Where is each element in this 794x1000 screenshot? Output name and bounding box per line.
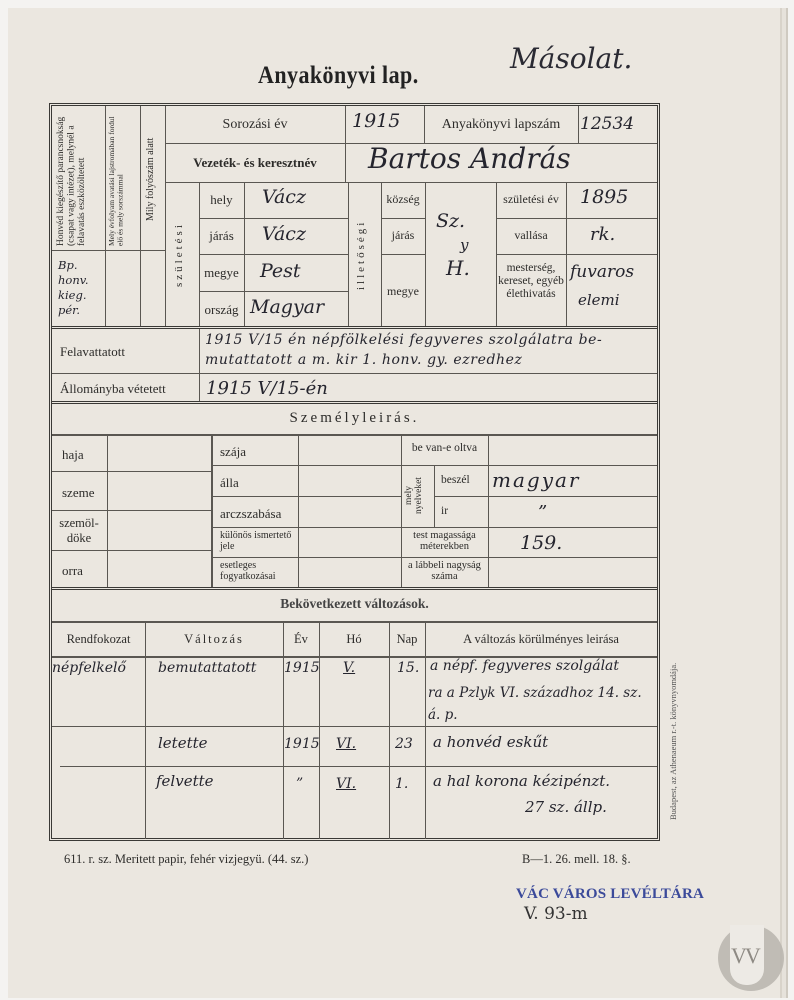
command-value: Bp. honv. kieg. pér.	[58, 258, 102, 318]
divider	[52, 373, 657, 374]
residence-town-label: község	[381, 192, 425, 207]
divider	[381, 218, 425, 219]
row-description-1: a hal korona kézipénzt.	[433, 772, 610, 790]
description-header: Személyleirás.	[52, 410, 657, 427]
divider	[578, 106, 579, 143]
education-value: elemi	[578, 291, 620, 309]
divider	[52, 326, 657, 329]
divider	[425, 182, 426, 327]
col-month: Hó	[319, 632, 389, 647]
row-year: 1915	[284, 660, 320, 676]
occupation-value: fuvaros	[570, 262, 634, 282]
divider	[165, 182, 657, 183]
full-name-value: Bartos András	[368, 142, 571, 175]
divider	[211, 434, 213, 587]
divider	[211, 465, 401, 466]
row-year: ”	[296, 776, 303, 792]
divider	[211, 496, 401, 497]
residence-district-label: járás	[381, 228, 425, 243]
birth-place-label: hely	[199, 192, 244, 208]
row-month: VI.	[336, 736, 356, 752]
row-year: 1915	[284, 736, 320, 752]
form-reference: B—1. 26. mell. 18. §.	[522, 852, 631, 867]
occupation-label: mesterség, kereset, egyéb élethivatás	[498, 262, 564, 301]
divider	[211, 527, 401, 528]
languages-label: mely nyelveket	[404, 467, 432, 525]
vaccinated-label: be van-e oltva	[401, 442, 488, 454]
eyebrows-label: szemöl-döke	[56, 516, 102, 546]
residence-value-2: y	[460, 236, 468, 254]
divider	[52, 401, 657, 404]
changes-header: Bekövetkezett változások.	[52, 596, 657, 612]
divider	[425, 621, 426, 839]
archive-seal-logo: VV	[718, 925, 784, 991]
divider	[211, 557, 401, 558]
divider	[60, 766, 657, 767]
birth-county-label: megye	[199, 265, 244, 281]
row-month: VI.	[336, 776, 356, 792]
distinguishing-marks-label: különös ismertető jele	[220, 530, 298, 552]
divider	[401, 527, 657, 528]
chin-label: álla	[220, 475, 239, 491]
residence-county-label: megye	[381, 284, 425, 299]
enlisted-value: 1915 V/15-én	[206, 378, 328, 399]
header-col-serial: Mily folyószám alatt	[144, 112, 162, 246]
birth-year-label: születési év	[496, 192, 566, 207]
divider	[389, 621, 390, 839]
seal-monogram: VV	[731, 943, 759, 969]
divider	[199, 254, 348, 255]
divider	[105, 106, 106, 327]
col-description: A változás körülményes leirása	[425, 632, 657, 647]
defects-label: esetleges fogyatkozásai	[220, 560, 300, 582]
height-label: test magassága méterekben	[401, 530, 488, 552]
writes-value: ”	[538, 502, 547, 523]
enlisted-label: Állományba vétetett	[60, 381, 166, 397]
shoe-size-label: a lábbeli nagyság száma	[401, 560, 488, 582]
divider	[52, 587, 657, 590]
divider	[52, 550, 211, 551]
col-year: Év	[283, 632, 319, 647]
row-change: felvette	[156, 772, 214, 790]
register-number-value: 12534	[580, 114, 634, 134]
row-month: V.	[343, 660, 355, 676]
header-col-command: Honvéd kiegészítő parancsnokság (csapat …	[56, 112, 102, 246]
form-number-note: 611. r. sz. Meritett papir, fehér vizjeg…	[64, 852, 308, 867]
writes-label: ir	[441, 505, 448, 517]
height-value: 159.	[520, 532, 562, 554]
divider	[496, 254, 657, 255]
divider	[52, 621, 657, 623]
printer-imprint: Budapest, az Athenaeum r.-t. könyvnyomdá…	[668, 620, 680, 820]
divider	[199, 291, 348, 292]
divider	[199, 218, 348, 219]
divider	[52, 250, 165, 251]
residence-value-1: Sz.	[436, 210, 465, 232]
full-name-label: Vezeték- és keresztnév	[165, 155, 345, 171]
divider	[401, 465, 657, 466]
row-description-1: a népf. fegyveres szolgálat	[430, 658, 619, 674]
header-col-register: Mely évfolyam avatási lajstromában fordu…	[108, 112, 138, 246]
birth-county-value: Pest	[260, 260, 301, 282]
divider	[199, 329, 200, 402]
sworn-in-value-2: mutattatott a m. kir 1. honv. gy. ezredh…	[205, 352, 523, 368]
divider	[165, 106, 166, 327]
archive-stamp: VÁC VÁROS LEVÉLTÁRA	[516, 886, 704, 903]
divider	[488, 434, 489, 587]
religion-label: vallása	[496, 228, 566, 243]
birth-year-value: 1895	[580, 186, 628, 208]
religion-value: rk.	[590, 224, 615, 245]
divider	[52, 434, 657, 436]
col-rank: Rendfokozat	[52, 632, 145, 647]
birth-place-value: Vácz	[262, 186, 306, 208]
birth-country-value: Magyar	[250, 296, 324, 318]
row-description-2: 27 sz. állp.	[525, 798, 607, 816]
divider	[434, 496, 657, 497]
sworn-in-label: Felavattatott	[60, 344, 125, 360]
speaks-value: magyar	[492, 468, 580, 492]
row-description-2: ra a Pzlyk VI. századhoz 14. sz. á. p.	[428, 682, 654, 726]
page-title: Anyakönyvi lap.	[258, 62, 419, 90]
row-rank: népfelkelő	[52, 660, 126, 676]
birth-district-label: járás	[199, 228, 244, 244]
copy-annotation: Másolat.	[510, 42, 632, 75]
face-shape-label: arczszabása	[220, 506, 281, 522]
col-change: Változás	[145, 632, 283, 647]
row-day: 15.	[397, 660, 419, 676]
row-change: letette	[158, 734, 208, 752]
divider	[319, 621, 320, 839]
archive-reference: V. 93-m	[524, 904, 588, 924]
col-day: Nap	[389, 632, 425, 647]
row-day: 23	[395, 736, 413, 752]
mouth-label: szája	[220, 444, 246, 460]
register-number-label: Anyakönyvi lapszám	[424, 117, 578, 133]
row-description-1: a honvéd eskűt	[433, 733, 548, 751]
divider	[145, 621, 146, 839]
divider	[52, 510, 211, 511]
divider	[401, 557, 657, 558]
sworn-in-value-1: 1915 V/15 én népfölkelési fegyveres szol…	[205, 332, 602, 348]
divider	[348, 182, 349, 327]
birth-district-value: Vácz	[262, 223, 306, 245]
speaks-label: beszél	[441, 474, 470, 486]
divider	[345, 106, 346, 182]
conscription-year-value: 1915	[352, 110, 400, 132]
hair-label: haja	[62, 447, 84, 463]
divider	[283, 621, 284, 839]
residence-group-label: illetőségi	[355, 190, 375, 320]
birth-country-label: ország	[199, 302, 244, 318]
row-day: 1.	[395, 776, 408, 792]
residence-value-3: H.	[446, 256, 470, 280]
conscription-year-label: Sorozási év	[165, 117, 345, 133]
eyes-label: szeme	[62, 485, 94, 501]
row-change: bemutattatott	[158, 660, 256, 676]
divider	[140, 106, 141, 327]
divider	[52, 726, 657, 727]
divider	[52, 471, 211, 472]
nose-label: orra	[62, 563, 83, 579]
divider	[381, 254, 425, 255]
divider	[496, 218, 657, 219]
birth-group-label: születési	[173, 190, 193, 320]
